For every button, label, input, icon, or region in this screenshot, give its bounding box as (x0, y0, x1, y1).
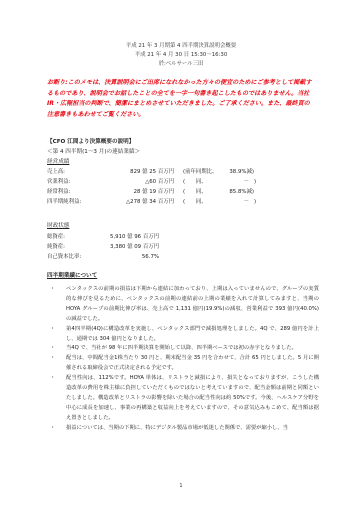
row-close: ) (254, 198, 256, 206)
results-row-operating-income: 営業利益: △60 百万円 ( 同、 － ) (47, 178, 317, 186)
quarter-bullet-list: ・ ペンタックスの前期の損益は下期から連結に加わっており、上期は入っていませんの… (47, 285, 319, 434)
row-compare: (前年同期比、 (183, 168, 217, 176)
disclaimer-notice: お断り:このメモは、決算説明会にご出席になれなかった方々の便宜のためにご参考とし… (47, 78, 315, 120)
financial-row-total-assets: 総資産: 5,910 億 96 百万円 (47, 233, 317, 241)
row-label: 売上高: (47, 168, 65, 176)
row-value: 56.7% (142, 253, 159, 261)
section-cfo-heading: 【CFO 江間より決算概要の説明】 (47, 138, 134, 146)
list-item-text: 配当性向は、112%です。HOYA 単体は、リストラと減損により、損失となってお… (66, 375, 319, 421)
document-title: 平成 21 年 3 月期第 4 四半期決算説明会概要 (0, 43, 362, 50)
list-item-text: 損益については、当期の下期に、特にデジタル製品市場が低迷した関係で、需要が縮小し… (66, 425, 288, 431)
row-close: ) (254, 178, 256, 186)
quarter-heading: 四半期業績について (47, 272, 97, 280)
list-item-text: ペンタックスの前期の損益は下期から連結に加わっており、上期は入っていませんので、… (66, 286, 319, 322)
row-compare: ( 同、 (183, 188, 207, 196)
bullet-icon: ・ (50, 374, 55, 384)
row-label: 純資産: (47, 243, 65, 251)
row-compare: ( 同、 (183, 178, 207, 186)
page-number: 1 (0, 483, 362, 489)
list-item-text: 当4Q で、当社が 98 年に四半期決算を開始して以降、四半期ベースでは初の赤字… (66, 345, 297, 351)
row-label: 経常利益: (47, 188, 70, 196)
list-item: ・ 損益については、当期の下期に、特にデジタル製品市場が低迷した関係で、需要が縮… (47, 424, 319, 434)
list-item: ・ 第4四半期(4Q)に構造改革を実施し、ペンタックス部門で減損処理をしました。… (47, 325, 319, 345)
financial-heading: 財政状態 (47, 222, 69, 230)
row-value: 829 億 25 百万円 (130, 168, 174, 176)
document-page: 平成 21 年 3 月期第 4 四半期決算説明会概要 平成 21 年 4 月 3… (0, 0, 362, 512)
row-label: 自己資本比率: (47, 253, 81, 261)
bullet-icon: ・ (50, 285, 55, 295)
results-row-net-income: 四半期純利益: △278 億 34 百万円 ( 同、 － ) (47, 198, 317, 206)
bullet-icon: ・ (50, 344, 55, 354)
row-label: 四半期純利益: (47, 198, 81, 206)
row-pct: 85.8%減) (229, 188, 254, 196)
row-value: △60 百万円 (145, 178, 174, 186)
row-pct: 38.9%減) (229, 168, 254, 176)
row-pct: － (244, 198, 249, 206)
row-pct: － (244, 178, 249, 186)
financial-row-net-assets: 純資産: 3,380 億 09 百万円 (47, 243, 317, 251)
results-heading: 経営成績 (47, 158, 69, 166)
row-value: 28 億 19 百万円 (134, 188, 174, 196)
list-item: ・ 当4Q で、当社が 98 年に四半期決算を開始して以降、四半期ベースでは初の… (47, 344, 319, 354)
event-datetime: 平成 21 年 4 月 30 日 15:30〜16:30 (0, 52, 362, 59)
list-item-text: 配当は、中間配当金1株当たり 30 円と、期末配当金 35 円を合わせて、合計 … (66, 355, 319, 371)
bullet-icon: ・ (50, 424, 55, 434)
bullet-icon: ・ (50, 354, 55, 364)
section-q4-heading: ＜第 4 四半期(1〜3 月)の連結業績＞ (47, 148, 140, 156)
row-value: 5,910 億 96 百万円 (110, 233, 159, 241)
list-item: ・ ペンタックスの前期の損益は下期から連結に加わっており、上期は入っていませんの… (47, 285, 319, 325)
row-value: △278 億 34 百万円 (126, 198, 174, 206)
row-label: 営業利益: (47, 178, 70, 186)
row-value: 3,380 億 09 百万円 (110, 243, 159, 251)
list-item: ・ 配当性向は、112%です。HOYA 単体は、リストラと減損により、損失となっ… (47, 374, 319, 424)
list-item-text: 第4四半期(4Q)に構造改革を実施し、ペンタックス部門で減損処理をしました。4Q… (66, 326, 319, 342)
list-item: ・ 配当は、中間配当金1株当たり 30 円と、期末配当金 35 円を合わせて、合… (47, 354, 319, 374)
results-row-sales: 売上高: 829 億 25 百万円 (前年同期比、 38.9%減) (47, 168, 317, 176)
bullet-icon: ・ (50, 325, 55, 335)
row-compare: ( 同、 (183, 198, 207, 206)
event-venue: 於:ベルサール三田 (0, 61, 362, 68)
financial-row-equity-ratio: 自己資本比率: 56.7% (47, 253, 317, 261)
row-label: 総資産: (47, 233, 65, 241)
results-row-ordinary-income: 経常利益: 28 億 19 百万円 ( 同、 85.8%減) (47, 188, 317, 196)
